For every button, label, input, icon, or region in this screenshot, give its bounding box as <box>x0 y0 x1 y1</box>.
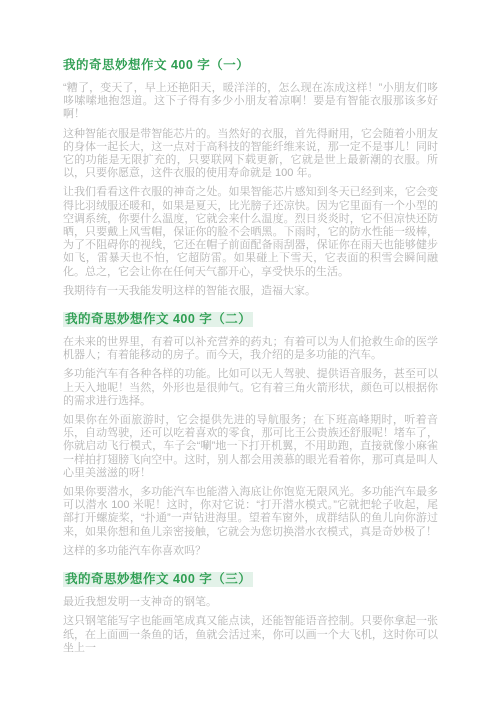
essay-3-title: 我的奇思妙想作文 400 字（三） <box>63 572 253 587</box>
essay-1-paragraph-3: 让我们看看这件衣服的神奇之处。如果智能芯片感知到冬天已经到来，它会变得比羽绒服还… <box>63 186 438 278</box>
essay-2-paragraph-5: 这样的多功能汽车你喜欢吗？ <box>63 545 438 558</box>
essay-2-paragraph-1: 在未来的世界里，有着可以补充营养的药丸；有着可以为人们抢救生命的医学机器人；有着… <box>63 336 438 362</box>
essay-3-paragraph-1: 最近我想发明一支神奇的钢笔。 <box>63 596 438 609</box>
essay-1-title: 我的奇思妙想作文 400 字（一） <box>63 58 249 73</box>
essay-3-paragraph-2: 这只钢笔能写字也能画笔成真又能点读，还能智能语音控制。只要你拿起一张纸，在上面画… <box>63 615 438 655</box>
essay-1-paragraph-1: “糟了，变天了，早上还艳阳天，暖洋洋的，怎么现在冻成这样！”小朋友们哆哆嗦嗦地抱… <box>63 82 438 122</box>
essay-section-2: 我的奇思妙想作文 400 字（二） 在未来的世界里，有着可以补充营养的药丸；有着… <box>63 304 438 558</box>
essay-2-paragraph-3: 如果你在外面旅游时，它会提供先进的导航服务；在下班高峰期时，听着音乐，自动驾驶，… <box>63 414 438 480</box>
essay-section-3: 我的奇思妙想作文 400 字（三） 最近我想发明一支神奇的钢笔。 这只钢笔能写字… <box>63 564 438 655</box>
essay-2-paragraph-4: 如果你要潜水，多功能汽车也能潜入海底让你饱览无限风光。多功能汽车最多可以潜水 1… <box>63 486 438 539</box>
essay-1-paragraph-4: 我期待有一天我能发明这样的智能衣服，造福大家。 <box>63 285 438 298</box>
essay-1-paragraph-2: 这种智能衣服是带智能芯片的。当然好的衣服，首先得耐用，它会随着小朋友的身体一起长… <box>63 128 438 181</box>
essay-section-1: 我的奇思妙想作文 400 字（一） “糟了，变天了，早上还艳阳天，暖洋洋的，怎么… <box>63 56 438 298</box>
document-page: 我的奇思妙想作文 400 字（一） “糟了，变天了，早上还艳阳天，暖洋洋的，怎么… <box>0 0 499 706</box>
essay-2-paragraph-2: 多功能汽车有各种各样的功能。比如可以无人驾驶、提供语音服务，甚至可以上天入地呢！… <box>63 368 438 408</box>
essay-2-title: 我的奇思妙想作文 400 字（二） <box>63 312 253 327</box>
